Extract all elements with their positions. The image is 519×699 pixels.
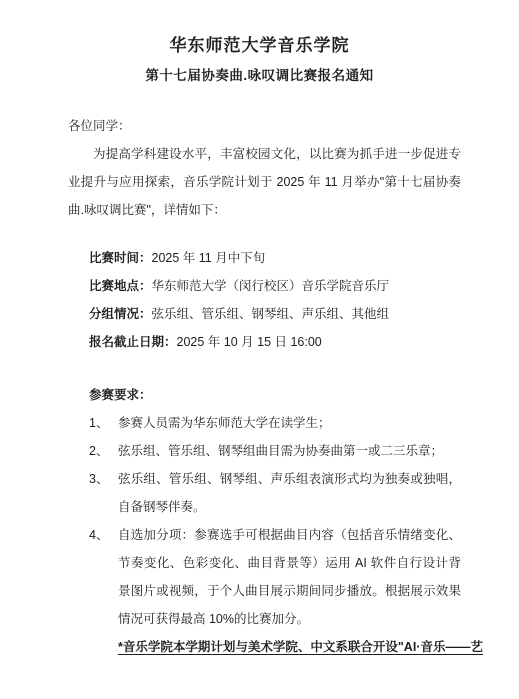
intro-paragraph: 为提高学科建设水平，丰富校园文化，以比赛为抓手进一步促进专业提升与应用探索，音乐… [68, 140, 461, 224]
document-body: 各位同学： 为提高学科建设水平，丰富校园文化，以比赛为抓手进一步促进专业提升与应… [0, 112, 519, 661]
list-item-number: 3、 [89, 465, 108, 493]
requirements-list: 1、 参赛人员需为华东师范大学在读学生； 2、 弦乐组、管乐组、钢琴组曲目需为协… [68, 409, 461, 633]
detail-row-groups: 分组情况：弦乐组、管乐组、钢琴组、声乐组、其他组 [89, 300, 461, 328]
detail-value-deadline: 2025 年 10 月 15 日 16:00 [177, 335, 322, 349]
detail-row-deadline: 报名截止日期：2025 年 10 月 15 日 16:00 [89, 328, 461, 356]
detail-label-location: 比赛地点： [89, 279, 152, 293]
list-item-number: 1、 [89, 409, 108, 437]
detail-value-location: 华东师范大学（闵行校区）音乐学院音乐厅 [152, 279, 390, 293]
document-title: 华东师范大学音乐学院 [0, 34, 519, 58]
detail-value-time: 2025 年 11 月中下旬 [152, 251, 266, 265]
detail-row-time: 比赛时间：2025 年 11 月中下旬 [89, 244, 461, 272]
salutation: 各位同学： [68, 112, 461, 140]
competition-details: 比赛时间：2025 年 11 月中下旬 比赛地点：华东师范大学（闵行校区）音乐学… [68, 244, 461, 356]
list-item: 2、 弦乐组、管乐组、钢琴组曲目需为协奏曲第一或二三乐章； [68, 437, 461, 465]
list-item: 3、 弦乐组、管乐组、钢琴组、声乐组表演形式均为独奏或独唱，自备钢琴伴奏。 [68, 465, 461, 521]
requirements-heading: 参赛要求： [68, 381, 461, 409]
list-item-text: 弦乐组、管乐组、钢琴组、声乐组表演形式均为独奏或独唱，自备钢琴伴奏。 [118, 472, 461, 514]
document-page: 华东师范大学音乐学院 第十七届协奏曲.咏叹调比赛报名通知 各位同学： 为提高学科… [0, 0, 519, 699]
detail-row-location: 比赛地点：华东师范大学（闵行校区）音乐学院音乐厅 [89, 272, 461, 300]
detail-value-groups: 弦乐组、管乐组、钢琴组、声乐组、其他组 [152, 307, 390, 321]
detail-label-groups: 分组情况： [89, 307, 152, 321]
list-item: 4、 自选加分项：参赛选手可根据曲目内容（包括音乐情绪变化、节奏变化、色彩变化、… [68, 521, 461, 633]
footnote: *音乐学院本学期计划与美术学院、中文系联合开设"AI·音乐——艺 [68, 633, 461, 661]
detail-label-deadline: 报名截止日期： [89, 335, 177, 349]
list-item-text: 弦乐组、管乐组、钢琴组曲目需为协奏曲第一或二三乐章； [118, 444, 443, 458]
list-item: 1、 参赛人员需为华东师范大学在读学生； [68, 409, 461, 437]
list-item-text: 参赛人员需为华东师范大学在读学生； [118, 416, 331, 430]
list-item-number: 2、 [89, 437, 108, 465]
list-item-text: 自选加分项：参赛选手可根据曲目内容（包括音乐情绪变化、节奏变化、色彩变化、曲目背… [118, 528, 461, 626]
detail-label-time: 比赛时间： [89, 251, 152, 265]
list-item-number: 4、 [89, 521, 108, 549]
document-subtitle: 第十七届协奏曲.咏叹调比赛报名通知 [0, 66, 519, 86]
